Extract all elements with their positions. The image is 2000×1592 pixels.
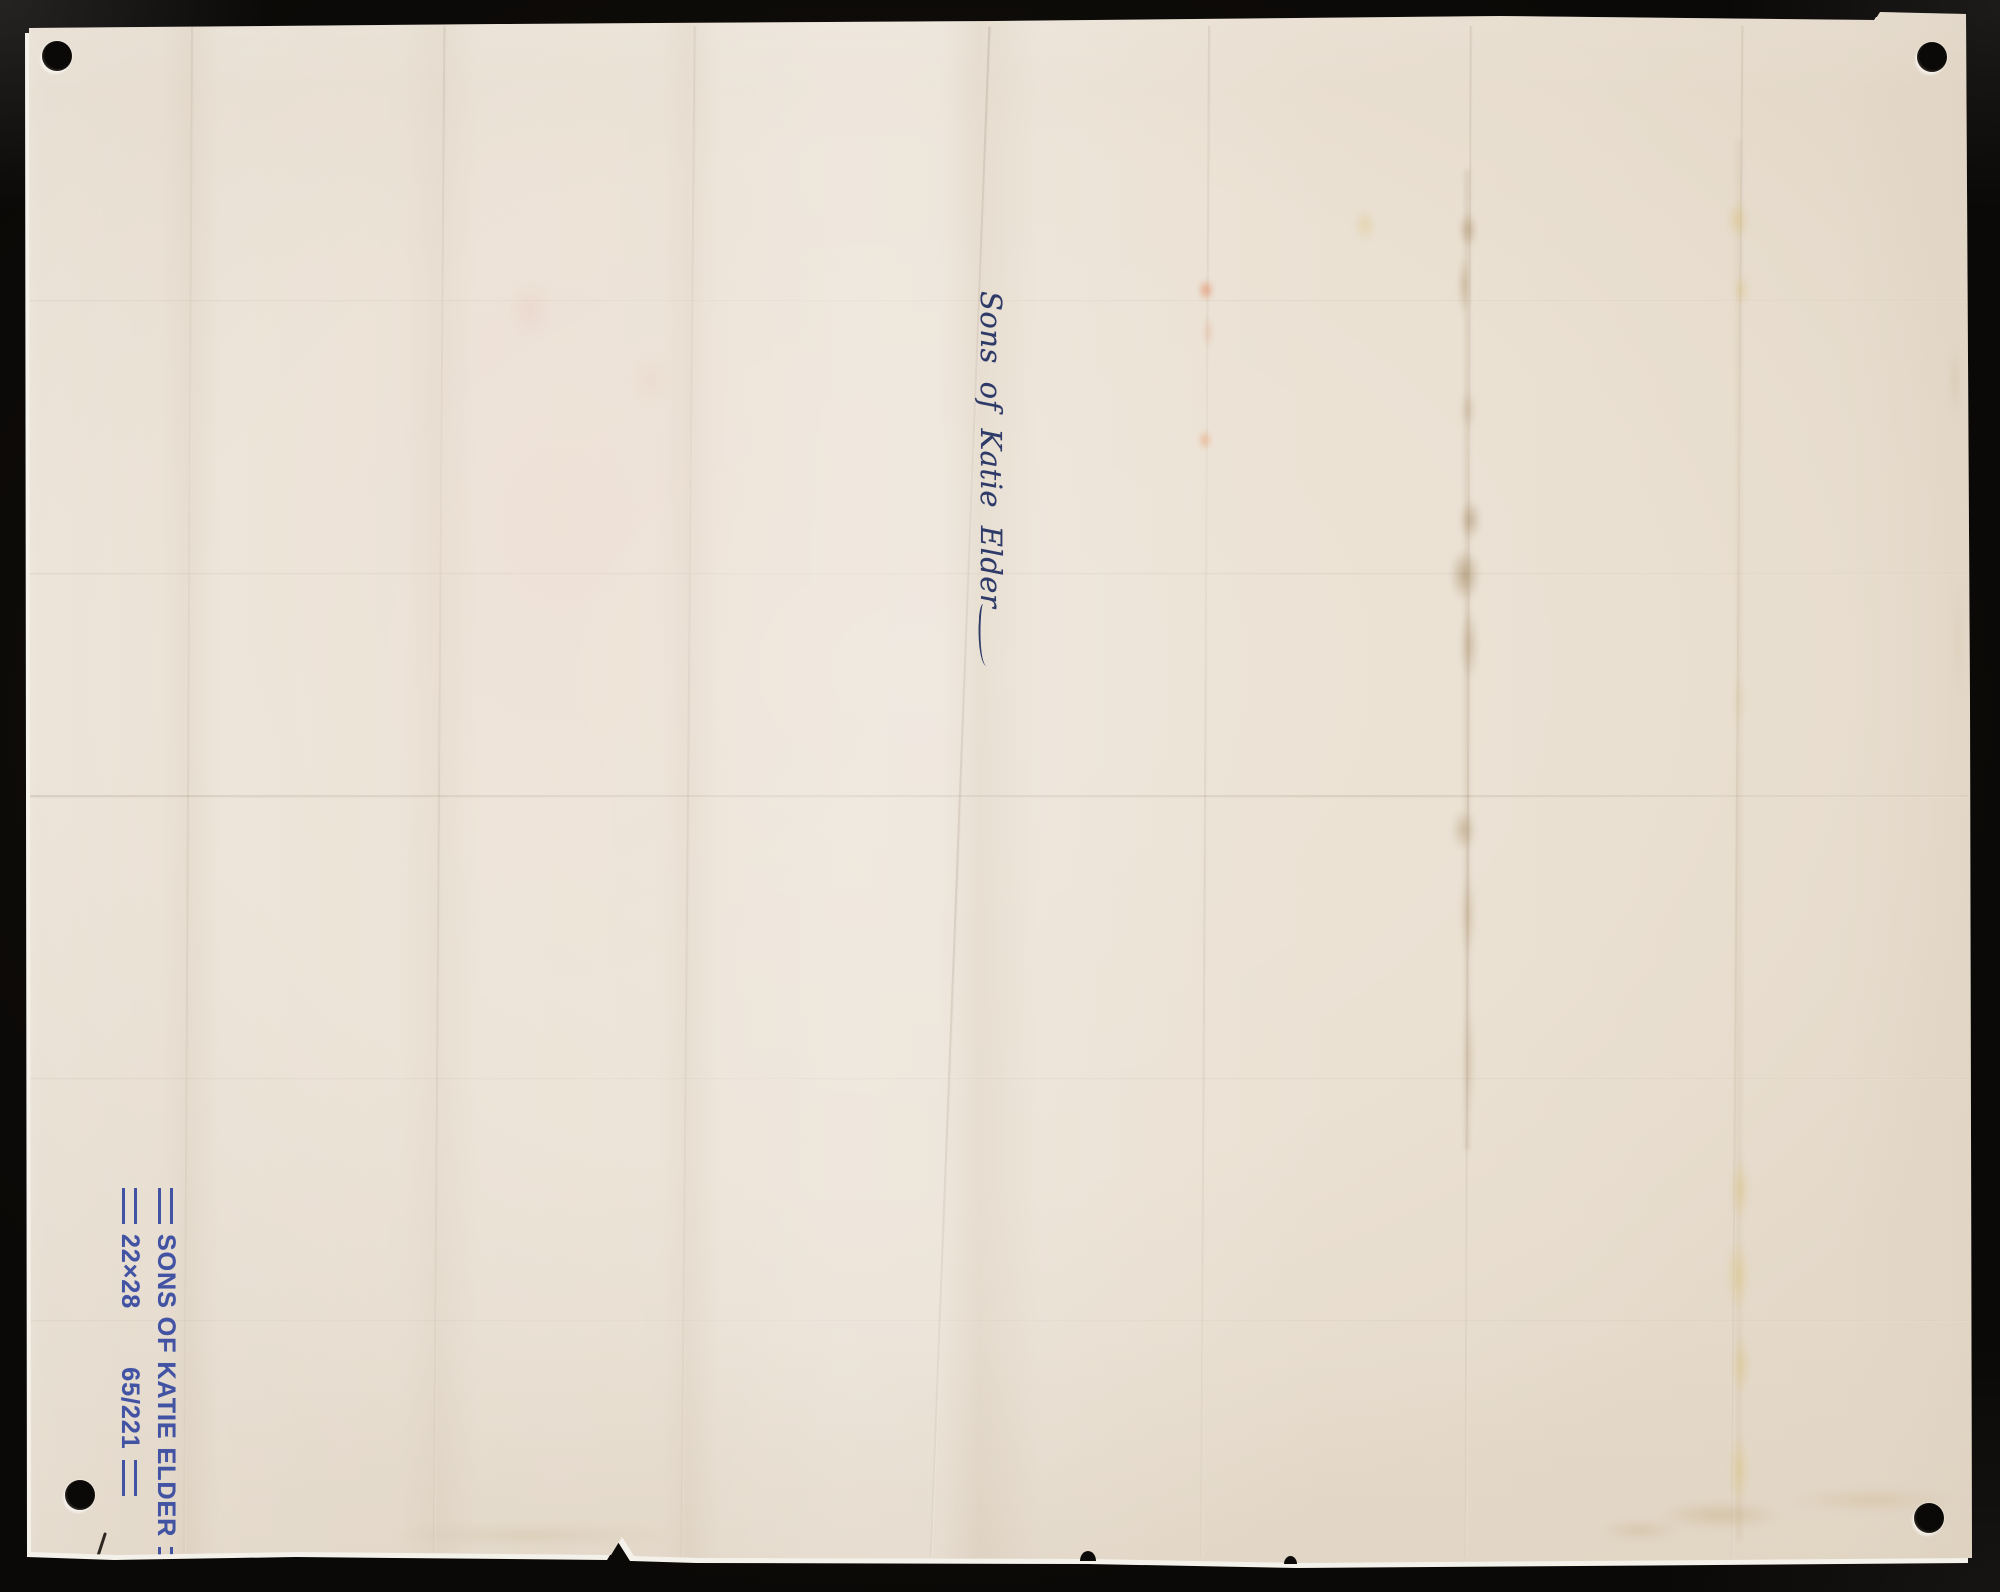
pin-hole-top-right [1917, 42, 1947, 72]
pin-hole-bottom-right [1914, 1503, 1944, 1533]
pin-hole-top-left [42, 41, 72, 71]
inscription-title-line: SONS OF KATIE ELDER [151, 1188, 181, 1548]
double-dash-mark [123, 1460, 138, 1496]
double-dash-mark [159, 1547, 174, 1583]
handwritten-title: Sons of Katie Elder [974, 291, 1008, 666]
fold-line-horizontal [30, 1320, 1968, 1322]
fold-line-vertical [183, 26, 194, 1558]
edge-tear-thread [96, 1532, 107, 1558]
fold-line-vertical [1464, 26, 1472, 1558]
stain-yellow-spot [1330, 185, 1400, 275]
fold-line-vertical [1200, 26, 1211, 1558]
inscription-title: SONS OF KATIE ELDER [152, 1234, 181, 1537]
fold-line-vertical-center [930, 27, 992, 1558]
inscription-dimensions: 22×28 [116, 1234, 145, 1309]
stain-bottom-edge-tan [250, 1500, 800, 1560]
edition-inscription: SONS OF KATIE ELDER 22×28 65/221 [115, 1188, 181, 1548]
fold-line-vertical [433, 26, 447, 1558]
stain-bottom-right-tan [1580, 1440, 1970, 1560]
inscription-detail-line: 22×28 65/221 [115, 1188, 145, 1548]
signature-flourish [976, 604, 993, 667]
inscription-edition-number: 65/221 [116, 1367, 145, 1449]
fold-line-vertical [1731, 26, 1745, 1558]
photo-backdrop: Sons of Katie Elder SONS OF KATIE ELDER … [0, 0, 2000, 1592]
poster-verso-paper: Sons of Katie Elder SONS OF KATIE ELDER … [0, 0, 2000, 1592]
fold-line-vertical [680, 26, 696, 1558]
fold-line-horizontal-center [30, 795, 1968, 798]
pin-hole-bottom-left [65, 1480, 95, 1510]
double-dash-mark [159, 1188, 174, 1224]
handwritten-title-text: Sons of Katie Elder [974, 291, 1008, 608]
stain-right-edge [1900, 260, 1970, 860]
double-dash-mark [123, 1188, 138, 1224]
fold-line-horizontal [30, 1078, 1968, 1080]
